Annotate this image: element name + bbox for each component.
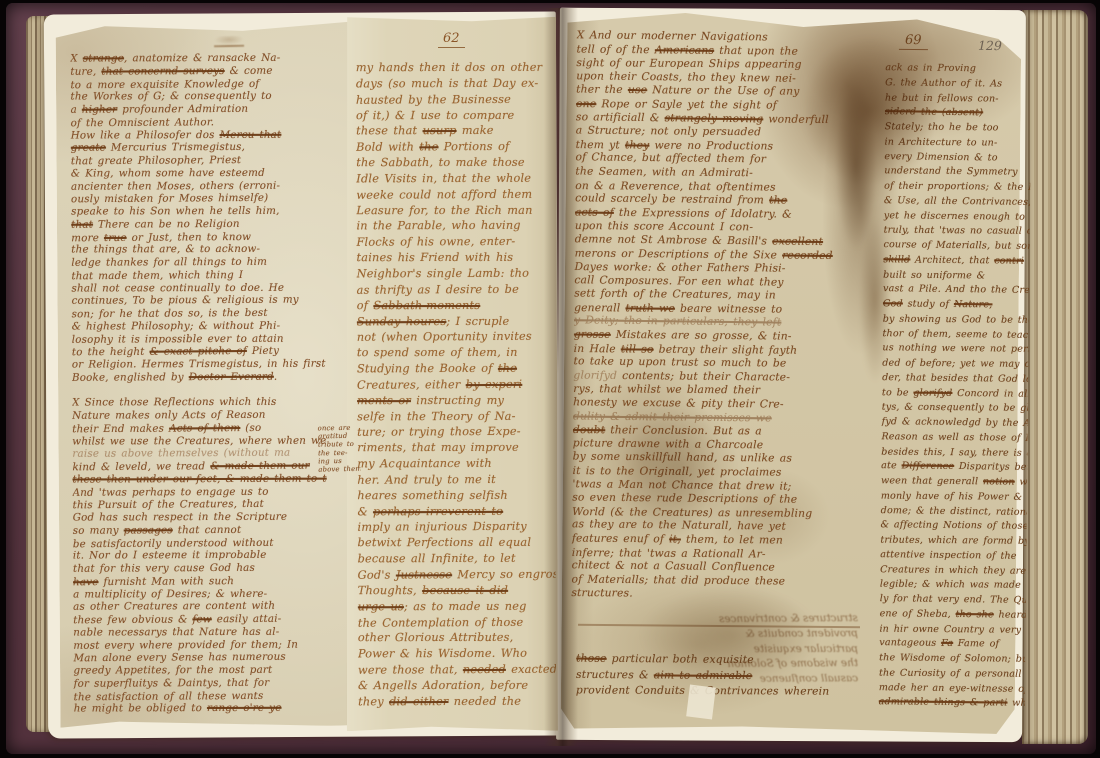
left-page-main-column: X strange, anatomize & ransacke Na-ture,… (70, 51, 367, 717)
right-page-bottom-lines: those particular both exquisitestructure… (576, 651, 906, 715)
right-page-margin-column: ack as in ProvingG. the Author of it. As… (879, 61, 1032, 714)
middle-folio-number: 62 (438, 31, 465, 48)
manuscript-photo: structures & contrivancesprovident condu… (0, 0, 1100, 758)
faded-folio-mark (214, 36, 244, 48)
paper-repair-patch (686, 685, 716, 720)
right-folio-number-ink: 69 (899, 33, 928, 50)
marginal-note: once aregratitudtribute tothe tee-ing us… (318, 424, 361, 474)
right-page-edges (1022, 10, 1088, 744)
middle-column: my hands then it dos on otherdays (so mu… (356, 60, 556, 717)
right-folio-number-pencil: 129 (978, 38, 1002, 53)
right-page-main-column: X And our moderner Navigationstell of of… (571, 29, 891, 610)
